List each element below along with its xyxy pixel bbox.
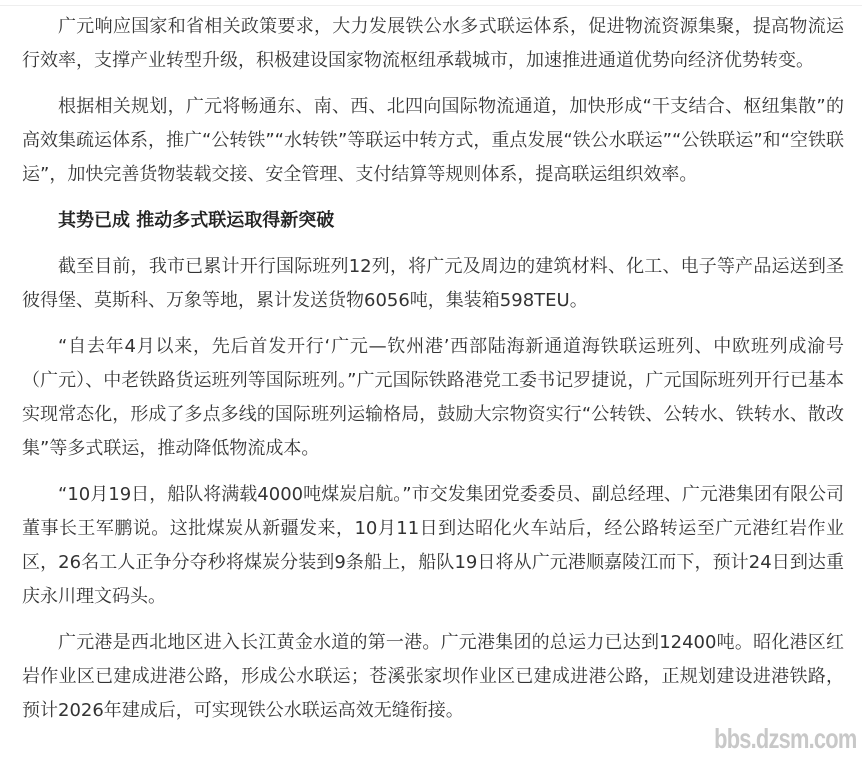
paragraph: 截至目前，我市已累计开行国际班列12列，将广元及周边的建筑材料、化工、电子等产品… <box>22 250 844 318</box>
article-body: 广元响应国家和省相关政策要求，大力发展铁公水多式联运体系，促进物流资源集聚，提高… <box>22 10 844 740</box>
paragraph: “10月19日，船队将满载4000吨煤炭启航。”市交发集团党委委员、副总经理、广… <box>22 478 844 614</box>
paragraph: 根据相关规划，广元将畅通东、南、西、北四向国际物流通道，加快形成“干支结合、枢纽… <box>22 90 844 192</box>
top-divider <box>0 5 862 6</box>
paragraph: 广元响应国家和省相关政策要求，大力发展铁公水多式联运体系，促进物流资源集聚，提高… <box>22 10 844 78</box>
paragraph: “自去年4月以来，先后首发开行‘广元—钦州港’西部陆海新通道海铁联运班列、中欧班… <box>22 330 844 466</box>
section-subheading: 其势已成 推动多式联运取得新突破 <box>22 204 844 238</box>
paragraph: 广元港是西北地区进入长江黄金水道的第一港。广元港集团的总运力已达到12400吨。… <box>22 626 844 728</box>
site-watermark: bbs.dzsm.com <box>714 723 856 755</box>
